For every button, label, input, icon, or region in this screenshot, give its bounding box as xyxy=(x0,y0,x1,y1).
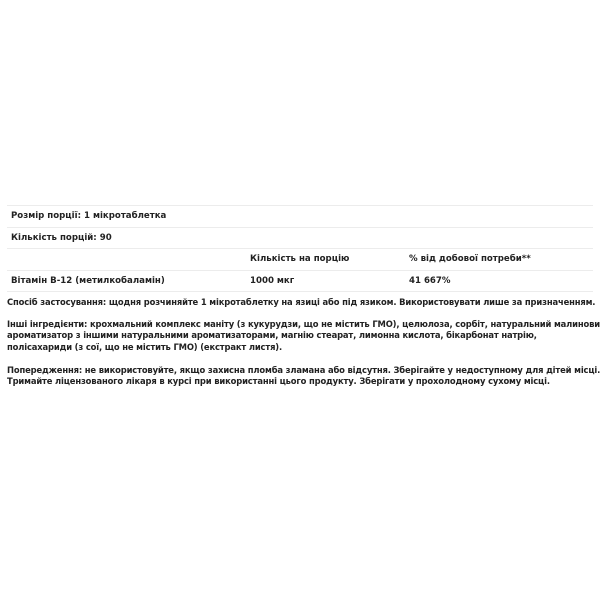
nutrient-daily-value: 41 667% xyxy=(409,271,451,292)
warning-paragraph: Попередження: не використовуйте, якщо за… xyxy=(7,365,597,388)
ingredients-line: полісахариди (з сої, що не містить ГМО) … xyxy=(7,342,597,353)
header-col-daily-value: % від добової потреби** xyxy=(409,249,531,270)
nutrient-name: Вітамін В-12 (метилкобаламін) xyxy=(11,271,165,292)
serving-size-label: Розмір порції: 1 мікротаблетка xyxy=(11,206,166,227)
ingredients-line: ароматизатор з іншими натуральними арома… xyxy=(7,330,597,341)
header-col-amount: Кількість на порцію xyxy=(250,249,349,270)
usage-line: Спосіб застосування: щодня розчиняйте 1 … xyxy=(7,297,597,308)
nutrient-amount: 1000 мкг xyxy=(250,271,294,292)
servings-count-label: Кількість порцій: 90 xyxy=(11,228,112,249)
table-row: Вітамін В-12 (метилкобаламін) 1000 мкг 4… xyxy=(7,271,593,293)
serving-size-row: Розмір порції: 1 мікротаблетка xyxy=(7,206,593,228)
ingredients-line: Інші інгредієнти: крохмальний комплекс м… xyxy=(7,319,597,330)
ingredients-paragraph: Інші інгредієнти: крохмальний комплекс м… xyxy=(7,319,597,353)
warning-line: Тримайте ліцензованого лікаря в курсі пр… xyxy=(7,376,597,387)
table-header-row: Кількість на порцію % від добової потреб… xyxy=(7,249,593,271)
supplement-facts-table: Розмір порції: 1 мікротаблетка Кількість… xyxy=(7,205,593,292)
warning-line: Попередження: не використовуйте, якщо за… xyxy=(7,365,597,376)
usage-paragraph: Спосіб застосування: щодня розчиняйте 1 … xyxy=(7,297,597,308)
servings-count-row: Кількість порцій: 90 xyxy=(7,228,593,250)
